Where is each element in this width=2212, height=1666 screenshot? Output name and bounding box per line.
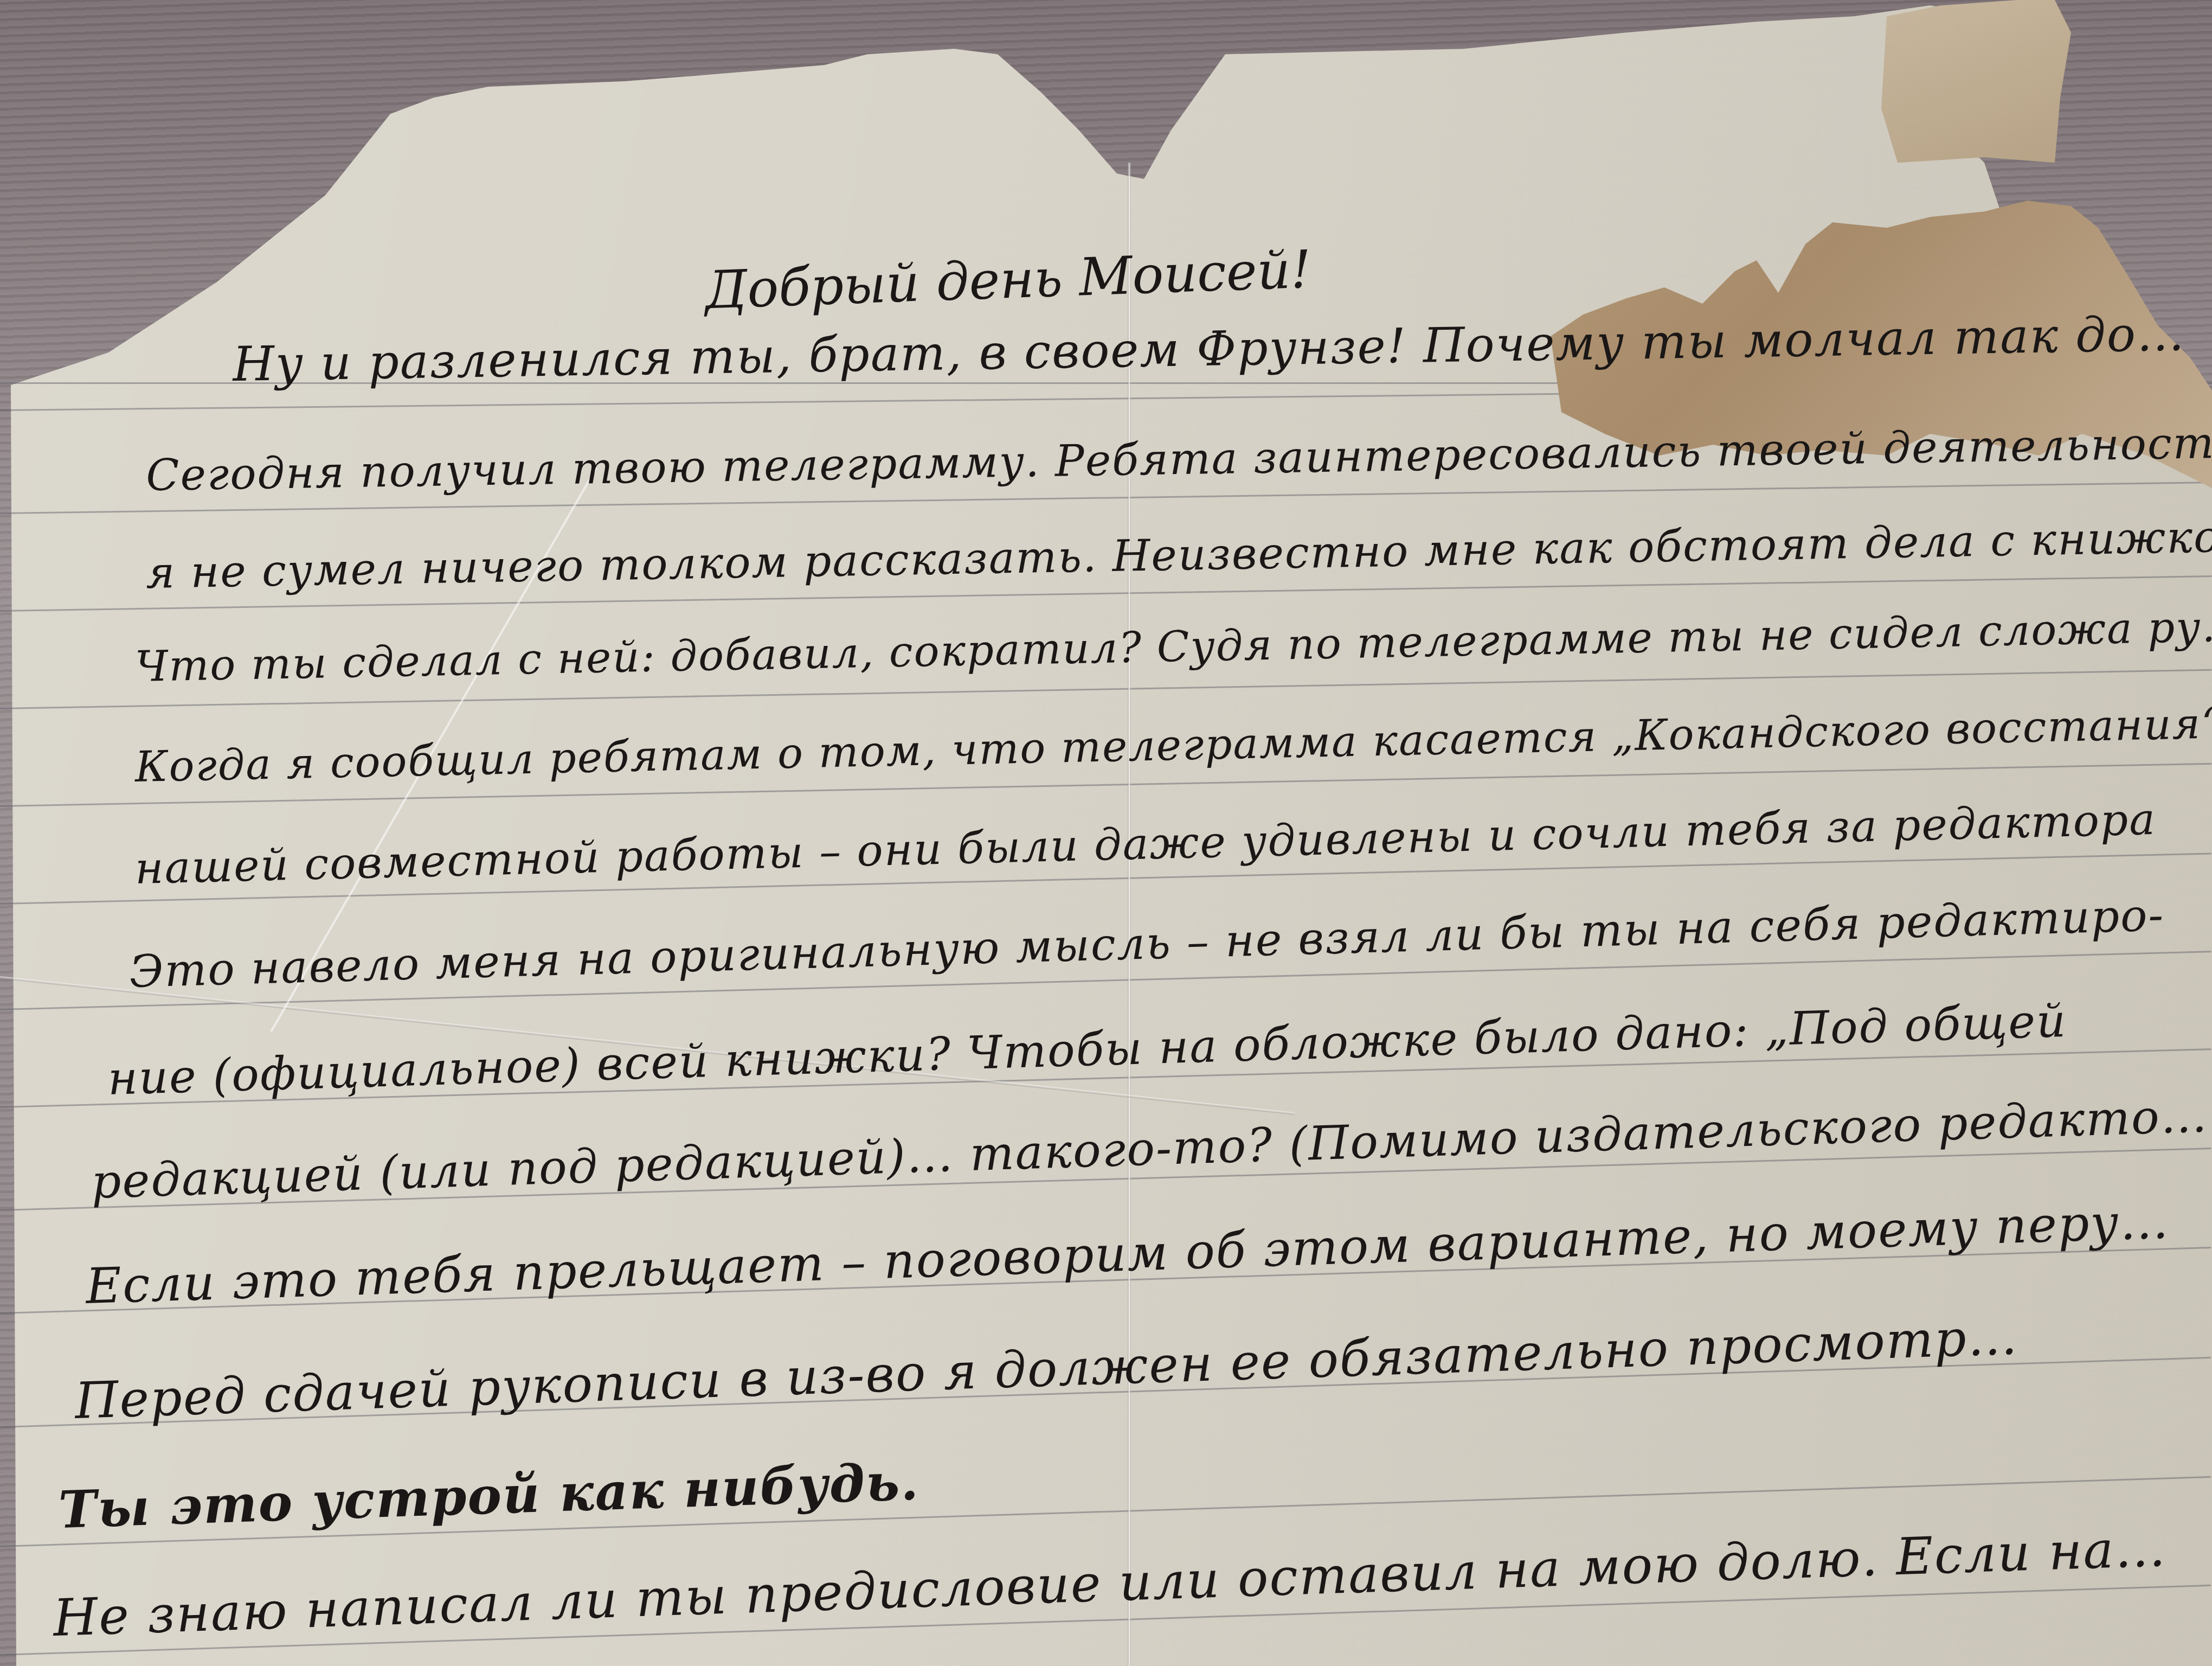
- paper-fold-vertical: [1128, 163, 1131, 1666]
